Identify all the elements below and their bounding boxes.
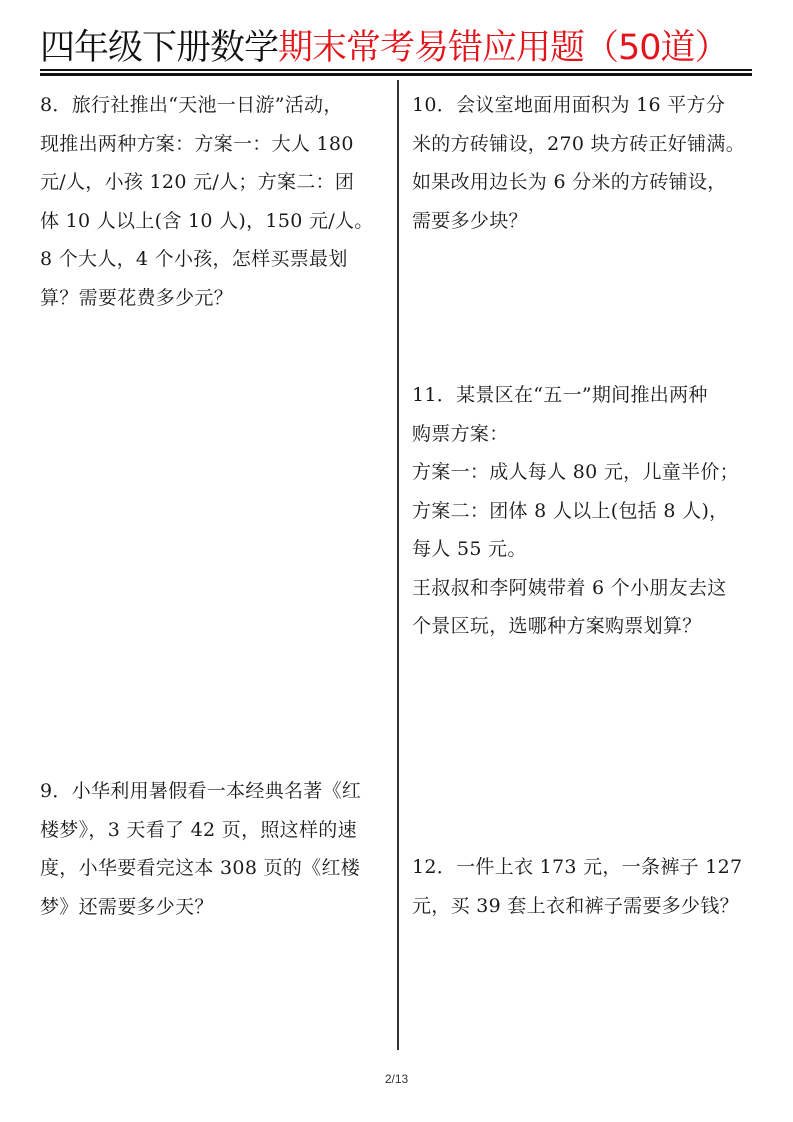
page-number: 2/13: [0, 1072, 793, 1086]
question-line: 8．旅行社推出“天池一日游”活动，: [40, 86, 390, 125]
question-line: 方案二：团体 8 人以上(包括 8 人)，: [412, 492, 772, 531]
question-line: 米的方砖铺设，270 块方砖正好铺满。: [412, 125, 772, 164]
question-line: 9．小华利用暑假看一本经典名著《红: [40, 772, 390, 811]
title-underline-thick: [40, 73, 752, 76]
question-line: 11．某景区在“五一”期间推出两种: [412, 376, 772, 415]
question-line: 楼梦》，3 天看了 42 页，照这样的速: [40, 811, 390, 850]
question-line: 需要多少块？: [412, 202, 772, 241]
question-line: 购票方案：: [412, 415, 772, 454]
title-topic: 期末常考易错应用题（50道）: [278, 28, 729, 68]
question-10: 10．会议室地面用面积为 16 平方分 米的方砖铺设，270 块方砖正好铺满。 …: [412, 86, 772, 240]
question-line: 8 个大人，4 个小孩，怎样买票最划: [40, 240, 390, 279]
question-line: 12．一件上衣 173 元，一条裤子 127: [412, 848, 772, 887]
question-line: 元，买 39 套上衣和裤子需要多少钱？: [412, 887, 772, 926]
title-underline-thin: [40, 69, 752, 71]
question-12: 12．一件上衣 173 元，一条裤子 127 元，买 39 套上衣和裤子需要多少…: [412, 848, 772, 925]
question-line: 梦》还需要多少天？: [40, 888, 390, 927]
question-line: 方案一：成人每人 80 元，儿童半价；: [412, 453, 772, 492]
title-grade-subject: 四年级下册数学: [40, 28, 278, 68]
column-divider: [397, 80, 399, 1050]
question-line: 个景区玩，选哪种方案购票划算？: [412, 607, 772, 646]
question-line: 10．会议室地面用面积为 16 平方分: [412, 86, 772, 125]
question-line: 现推出两种方案：方案一：大人 180: [40, 125, 390, 164]
question-8: 8．旅行社推出“天池一日游”活动， 现推出两种方案：方案一：大人 180 元/人…: [40, 86, 390, 317]
question-line: 度，小华要看完这本 308 页的《红楼: [40, 849, 390, 888]
question-line: 如果改用边长为 6 分米的方砖铺设，: [412, 163, 772, 202]
question-line: 体 10 人以上(含 10 人)，150 元/人。: [40, 202, 390, 241]
question-11: 11．某景区在“五一”期间推出两种 购票方案： 方案一：成人每人 80 元，儿童…: [412, 376, 772, 646]
question-line: 王叔叔和李阿姨带着 6 个小朋友去这: [412, 569, 772, 608]
question-9: 9．小华利用暑假看一本经典名著《红 楼梦》，3 天看了 42 页，照这样的速 度…: [40, 772, 390, 926]
question-line: 每人 55 元。: [412, 530, 772, 569]
question-line: 算？需要花费多少元？: [40, 279, 390, 318]
page-title: 四年级下册数学期末常考易错应用题（50道）: [40, 28, 752, 68]
question-line: 元/人，小孩 120 元/人；方案二：团: [40, 163, 390, 202]
